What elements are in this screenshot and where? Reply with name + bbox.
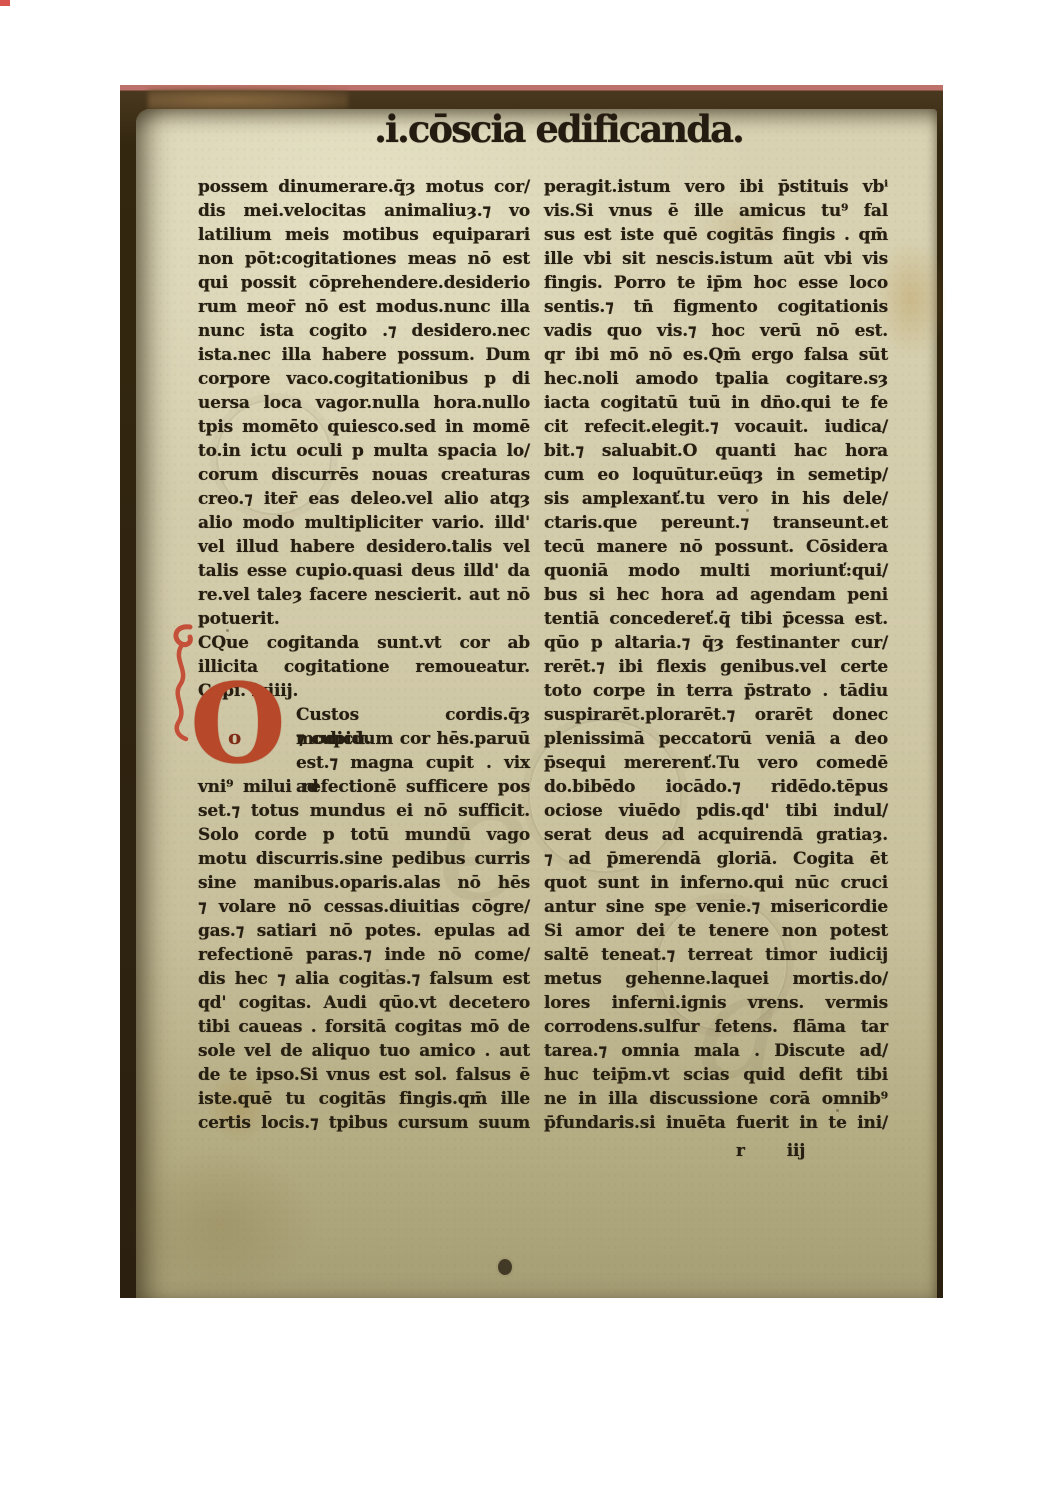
text-line: sus est iste quē cogitās fingis . qm̄: [544, 223, 888, 247]
text-column-left: possem dinumerare.q̄ȝ motus cor/dis mei.…: [198, 175, 530, 1135]
text-line: potuerit.: [198, 607, 530, 631]
text-line: quoniā modo multi moriunť:qui/: [544, 559, 888, 583]
text-line: vel illud habere desidero.talis vel: [198, 535, 530, 559]
text-line: bus si hec hora ad agendam peni: [544, 583, 888, 607]
text-line: sentis.⁊ tn̄ figmento cogitationis: [544, 295, 888, 319]
text-line: qūo p altaria.⁊ q̄ȝ festinanter cur/: [544, 631, 888, 655]
text-line: suspirarēt.plorarēt.⁊ orarēt donec: [544, 703, 888, 727]
text-line: alio modo multipliciter vario. illd': [198, 511, 530, 535]
initial-letter: O: [190, 669, 286, 779]
text-line: CQue cogitanda sunt.vt cor ab: [198, 631, 530, 655]
text-line: cit refecit.elegit.⁊ vocauit. iudica/: [544, 415, 888, 439]
text-line: cum eo loquūtur.eūqȝ in semetip/: [544, 463, 888, 487]
text-line: creo.⁊ iter̄ eas deleo.vel alio atqȝ: [198, 487, 530, 511]
text-line: certis locis.⁊ tpibus cursum suum: [198, 1111, 530, 1135]
text-line: ctaris.que pereunt.⁊ transeunt.et: [544, 511, 888, 535]
text-line: ista.nec illa habere possum. Dum: [198, 343, 530, 367]
text-line: iacta cogitatū tuū in dn̄o.qui te fe: [544, 391, 888, 415]
text-line: tpis momēto quiesco.sed in momē: [198, 415, 530, 439]
text-column-right: peragit.istum vero ibi p̄stituis vbⁱvis.…: [544, 175, 888, 1163]
text-line: sine manibus.oparis.alas nō hēs: [198, 871, 530, 895]
text-line: uersa loca vagor.nulla hora.nullo: [198, 391, 530, 415]
text-line: corrodens.sulfur fetens. flāma tar: [544, 1015, 888, 1039]
signature-number: iij: [787, 1141, 805, 1161]
text-line: ⁊ ad p̄merendā gloriā. Cogita ēt: [544, 847, 888, 871]
text-line: qr ibi mō nō es.Qm̄ ergo falsa sūt: [544, 343, 888, 367]
text-line: quot sunt in inferno.qui nūc cruci: [544, 871, 888, 895]
text-line: ne in illa discussione corā omnib⁹: [544, 1087, 888, 1111]
quire-signature: riij: [544, 1139, 888, 1163]
text-line: hec.noli amodo tpalia cogitare.sȝ: [544, 367, 888, 391]
book-page: a e .i.cōscia edificanda. possem dinumer…: [136, 109, 937, 1298]
text-line: vis.Si vnus ē ille amicus tu⁹ fal: [544, 199, 888, 223]
text-line: gas.⁊ satiari nō potes. epulas ad: [198, 919, 530, 943]
text-line: nunc ista cogito .⁊ desidero.nec: [198, 319, 530, 343]
text-line: qd' cogitas. Audi qūo.vt decetero: [198, 991, 530, 1015]
rubricated-initial: O o: [190, 695, 286, 781]
text-line: ⁊ volare nō cessas.diuitias cōgre/: [198, 895, 530, 919]
text-line: metus gehenne.laquei mortis.do/: [544, 967, 888, 991]
text-line: sole vel de aliquo tuo amico . aut: [198, 1039, 530, 1063]
text-line: tarea.⁊ omnia mala . Discute ad/: [544, 1039, 888, 1063]
text-line: peragit.istum vero ibi p̄stituis vbⁱ: [544, 175, 888, 199]
text-line: to.in ictu oculi p multa spacia lo/: [198, 439, 530, 463]
text-line: Solo corde p totū mundū vago: [198, 823, 530, 847]
book-scan-photo: a e .i.cōscia edificanda. possem dinumer…: [120, 85, 943, 1298]
text-line: plenissimā peccatorū veniā a deo: [544, 727, 888, 751]
screenshot-canvas: a e .i.cōscia edificanda. possem dinumer…: [0, 0, 1060, 1500]
text-line: motu discurris.sine pedibus curris: [198, 847, 530, 871]
text-line: set.⁊ totus mundus ei nō sufficit.: [198, 799, 530, 823]
text-line: non pōt:cogitationes meas nō est: [198, 247, 530, 271]
text-line: sis amplexanť.tu vero in his dele/: [544, 487, 888, 511]
text-line: qui possit cōprehendere.desiderio: [198, 271, 530, 295]
text-line: de te ipso.Si vnus est sol. falsus ē: [198, 1063, 530, 1087]
text-line: rum meor̄ nō est modus.nunc illa: [198, 295, 530, 319]
scanner-corner-mark: [0, 0, 10, 6]
text-line: vadis quo vis.⁊ hoc verū nō est.: [544, 319, 888, 343]
text-line: Si amor dei te tenere non potest: [544, 919, 888, 943]
signature-mark: r: [736, 1141, 745, 1161]
text-line: huc teip̄m.vt scias quid defit tibi: [544, 1063, 888, 1087]
text-line: saltē teneat.⁊ terreat timor iudicij: [544, 943, 888, 967]
text-line: tecū manere nō possunt. Cōsidera: [544, 535, 888, 559]
text-line: re.vel taleȝ facere nescierit. aut nō: [198, 583, 530, 607]
text-line: ociose viuēdo pdis.qd' tibi indul/: [544, 799, 888, 823]
text-line: corum discurrēs nouas creaturas: [198, 463, 530, 487]
text-line: bit.⁊ saluabit.O quanti hac hora: [544, 439, 888, 463]
text-line: p̄fundaris.si inuēta fuerit in te ini/: [544, 1111, 888, 1135]
text-line: dis hec ⁊ alia cogitas.⁊ falsum est: [198, 967, 530, 991]
text-line: p̄sequi mererenť.Tu vero comedē: [544, 751, 888, 775]
text-line: tibi caueas . forsitā cogitas mō de: [198, 1015, 530, 1039]
text-line: do.bibēdo iocādo.⁊ ridēdo.tēpus: [544, 775, 888, 799]
text-line: iste.quē tu cogitās fingis.qm̄ ille: [198, 1087, 530, 1111]
text-line: ille vbi sit nescis.istum aūt vbi vis: [544, 247, 888, 271]
text-line: lores inferni.ignis vrens. vermis: [544, 991, 888, 1015]
text-line: fingis. Porro te ip̄m hoc esse loco: [544, 271, 888, 295]
text-line: talis esse cupio.quasi deus illd' da: [198, 559, 530, 583]
text-line: tentiā concedereť.q̄ tibi p̄cessa est.: [544, 607, 888, 631]
text-line: toto corpe in terra p̄strato . tādiu: [544, 679, 888, 703]
text-line: latilium meis motibus equiparari: [198, 223, 530, 247]
running-title: .i.cōscia edificanda.: [136, 107, 937, 151]
wormhole-dot: [498, 1259, 512, 1275]
text-line: refectionē paras.⁊ inde nō come/: [198, 943, 530, 967]
stain: [126, 1149, 316, 1299]
text-line: corpore vaco.cogitationibus p di: [198, 367, 530, 391]
initial-guide-letter: o: [228, 725, 241, 749]
text-line: serat deus ad acquirendā gratiaȝ.: [544, 823, 888, 847]
text-line: possem dinumerare.q̄ȝ motus cor/: [198, 175, 530, 199]
text-line: dis mei.velocitas animaliuȝ.⁊ vo: [198, 199, 530, 223]
text-line: rerēt.⁊ ibi flexis genibus.vel certe: [544, 655, 888, 679]
text-line: antur sine spe venie.⁊ misericordie: [544, 895, 888, 919]
